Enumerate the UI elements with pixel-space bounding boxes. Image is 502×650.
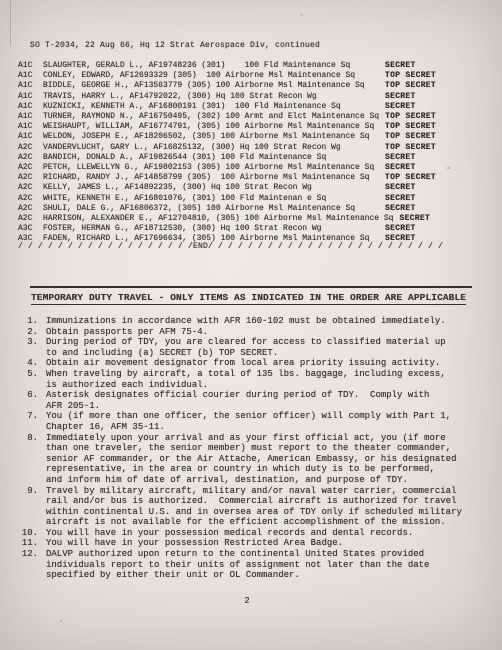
item-number: 10.: [20, 528, 38, 539]
clearance-stamp: SECRET: [385, 194, 416, 204]
roster-detail: TRAVIS, HARRY L., AF14792022, (300) Hq 1…: [43, 92, 379, 102]
roster-row: A1CSLAUGHTER, GERALD L., AF19748236 (301…: [18, 61, 436, 71]
roster-rank: A2C: [18, 173, 43, 183]
item-number: 8.: [20, 433, 38, 444]
roster-row: A2CSHULI, DALE G., AF16806372, (305) 100…: [18, 204, 436, 214]
item-text: Obtain passports per AFM 75-4.: [46, 327, 470, 338]
roster-row: A1CTRAVIS, HARRY L., AF14792022, (300) H…: [18, 92, 436, 102]
document-page: { "doc": { "header_line": "SO T-2034, 22…: [0, 0, 502, 650]
end-separator: / / / / / / / / / / / / / / / / / /END/ …: [18, 242, 443, 251]
roster-rank: A1C: [18, 112, 43, 122]
item-number: 12.: [20, 549, 38, 560]
tdy-item: 7.You (if more than one officer, the sen…: [20, 411, 470, 432]
item-number: 5.: [20, 369, 38, 380]
clearance-stamp: SECRET: [385, 102, 416, 112]
roster-row: A2CHARRISON, ALEXANDER E., AF12704810, (…: [18, 214, 436, 224]
roster-detail: WELDON, JOSEPH E., AF18206502, (305) 100…: [43, 132, 379, 142]
roster-detail: KELLY, JAMES L., AF14892235, (300) Hq 10…: [43, 183, 379, 193]
roster-detail: TURNER, RAYMOND N., AF16750495, (302) 10…: [43, 112, 379, 122]
clearance-stamp: TOP SECRET: [385, 132, 436, 142]
roster-row: A1CWEISHAUPT, WILLIAM, AF16774791, (305)…: [18, 122, 436, 132]
paper-speck: [300, 14, 303, 16]
clearance-stamp: SECRET: [385, 204, 416, 214]
paper-speck: [447, 167, 450, 169]
roster-rank: A1C: [18, 92, 43, 102]
item-number: 1.: [20, 316, 38, 327]
clearance-stamp: SECRET: [399, 214, 430, 224]
item-text: Immunizations in accordance with AFR 160…: [46, 316, 470, 327]
roster-rank: A2C: [18, 143, 43, 153]
item-number: 7.: [20, 411, 38, 422]
tdy-items: 1.Immunizations in accordance with AFR 1…: [20, 316, 470, 581]
clearance-stamp: SECRET: [385, 224, 416, 234]
item-text: When traveling by aircraft, a total of 1…: [46, 369, 470, 390]
roster-row: A1CTURNER, RAYMOND N., AF16750495, (302)…: [18, 112, 436, 122]
roster-detail: BANDICH, DONALD A., AF19826544 (301) 100…: [43, 153, 379, 163]
roster-rank: A1C: [18, 132, 43, 142]
roster-rank: A2C: [18, 214, 43, 224]
roster-row: A1CBIDDLE, GEORGE H., AF13563779 (305) 1…: [18, 81, 436, 91]
roster-row: A1CWELDON, JOSEPH E., AF18206502, (305) …: [18, 132, 436, 142]
item-text: You will have in your possession medical…: [46, 528, 470, 539]
item-text: Obtain air movement designator from loca…: [46, 358, 470, 369]
tdy-item: 12.DALVP authorized upon return to the c…: [20, 549, 470, 581]
paper-crease: [10, 0, 11, 46]
roster-rank: A1C: [18, 102, 43, 112]
tdy-item: 8.Immediately upon your arrival and as y…: [20, 433, 470, 486]
roster-detail: FOSTER, HERMAN G., AF18712530, (300) Hq …: [43, 224, 379, 234]
clearance-stamp: SECRET: [385, 92, 416, 102]
item-text: You will have in your possession Restric…: [46, 538, 470, 549]
roster-detail: WHITE, KENNETH E., AF16801076, (301) 100…: [43, 194, 379, 204]
roster-row: A3CFOSTER, HERMAN G., AF18712530, (300) …: [18, 224, 436, 234]
order-header: SO T-2034, 22 Aug 66, Hq 12 Strat Aerosp…: [30, 41, 320, 50]
roster-rank: A1C: [18, 71, 43, 81]
roster-detail: RICHARD, RANDY J., AF14858799 (305) 100 …: [43, 173, 379, 183]
roster-row: A2CRICHARD, RANDY J., AF14858799 (305) 1…: [18, 173, 436, 183]
roster-detail: SHULI, DALE G., AF16806372, (305) 100 Ai…: [43, 204, 379, 214]
item-number: 6.: [20, 390, 38, 401]
clearance-stamp: TOP SECRET: [385, 143, 436, 153]
roster-rank: A3C: [18, 224, 43, 234]
roster-rank: A1C: [18, 81, 43, 91]
roster-detail: HARRISON, ALEXANDER E., AF12704810, (305…: [43, 214, 393, 224]
item-text: Asterisk designates official courier dur…: [46, 390, 470, 411]
roster-row: A2CWHITE, KENNETH E., AF16801076, (301) …: [18, 194, 436, 204]
tdy-item: 2.Obtain passports per AFM 75-4.: [20, 327, 470, 338]
roster-row: A1CCONLEY, EDWARD, AF12693329 (305) 100 …: [18, 71, 436, 81]
roster-row: A1CKUZNICKI, KENNETH A., AF16800191 (301…: [18, 102, 436, 112]
clearance-stamp: SECRET: [385, 183, 416, 193]
roster-rank: A2C: [18, 153, 43, 163]
roster-detail: VANDERVLUCHT, GARY L., AF16825132, (300)…: [43, 143, 379, 153]
clearance-stamp: TOP SECRET: [385, 71, 436, 81]
roster-row: A2CPETCH, LLEWELLYN G., AF19802153 (305)…: [18, 163, 436, 173]
roster-row: A2CVANDERVLUCHT, GARY L., AF16825132, (3…: [18, 143, 436, 153]
roster-rank: A2C: [18, 163, 43, 173]
clearance-stamp: TOP SECRET: [385, 112, 436, 122]
roster-row: A2CKELLY, JAMES L., AF14892235, (300) Hq…: [18, 183, 436, 193]
item-text: Travel by military aircraft, military an…: [46, 486, 470, 528]
item-text: During period of TDY, you are cleared fo…: [46, 337, 470, 358]
roster-rank: A1C: [18, 61, 43, 71]
clearance-stamp: SECRET: [385, 163, 416, 173]
item-number: 9.: [20, 486, 38, 497]
item-number: 4.: [20, 358, 38, 369]
tdy-item: 11.You will have in your possession Rest…: [20, 538, 470, 549]
item-number: 2.: [20, 327, 38, 338]
clearance-stamp: TOP SECRET: [385, 122, 436, 132]
clearance-stamp: TOP SECRET: [385, 81, 436, 91]
tdy-heading: TEMPORARY DUTY TRAVEL - ONLY ITEMS AS IN…: [31, 292, 466, 305]
item-number: 3.: [20, 337, 38, 348]
roster-rank: A2C: [18, 194, 43, 204]
roster-detail: BIDDLE, GEORGE H., AF13563779 (305) 100 …: [43, 81, 379, 91]
item-number: 11.: [20, 538, 38, 549]
page-number: 2: [0, 596, 494, 606]
tdy-item: 5.When traveling by aircraft, a total of…: [20, 369, 470, 390]
item-text: You (if more than one officer, the senio…: [46, 411, 470, 432]
roster-detail: WEISHAUPT, WILLIAM, AF16774791, (305) 10…: [43, 122, 379, 132]
paper-speck: [60, 620, 62, 622]
clearance-stamp: TOP SECRET: [385, 173, 436, 183]
roster-detail: SLAUGHTER, GERALD L., AF19748236 (301) 1…: [43, 61, 379, 71]
roster-rank: A1C: [18, 122, 43, 132]
tdy-item: 3.During period of TDY, you are cleared …: [20, 337, 470, 358]
clearance-stamp: SECRET: [385, 61, 416, 71]
tdy-item: 10.You will have in your possession medi…: [20, 528, 470, 539]
roster-detail: PETCH, LLEWELLYN G., AF19802153 (305) 10…: [43, 163, 379, 173]
tdy-item: 1.Immunizations in accordance with AFR 1…: [20, 316, 470, 327]
roster-detail: KUZNICKI, KENNETH A., AF16800191 (301) 1…: [43, 102, 379, 112]
roster-row: A2CBANDICH, DONALD A., AF19826544 (301) …: [18, 153, 436, 163]
roster-rank: A2C: [18, 183, 43, 193]
tdy-item: 4.Obtain air movement designator from lo…: [20, 358, 470, 369]
roster-rank: A2C: [18, 204, 43, 214]
roster-detail: CONLEY, EDWARD, AF12693329 (305) 100 Air…: [43, 71, 379, 81]
item-text: Immediately upon your arrival and as you…: [46, 433, 470, 486]
tdy-item: 9.Travel by military aircraft, military …: [20, 486, 470, 528]
tdy-item: 6.Asterisk designates official courier d…: [20, 390, 470, 411]
personnel-roster: A1CSLAUGHTER, GERALD L., AF19748236 (301…: [18, 61, 436, 245]
clearance-stamp: SECRET: [385, 153, 416, 163]
section-divider: [30, 286, 472, 288]
item-text: DALVP authorized upon return to the cont…: [46, 549, 470, 581]
